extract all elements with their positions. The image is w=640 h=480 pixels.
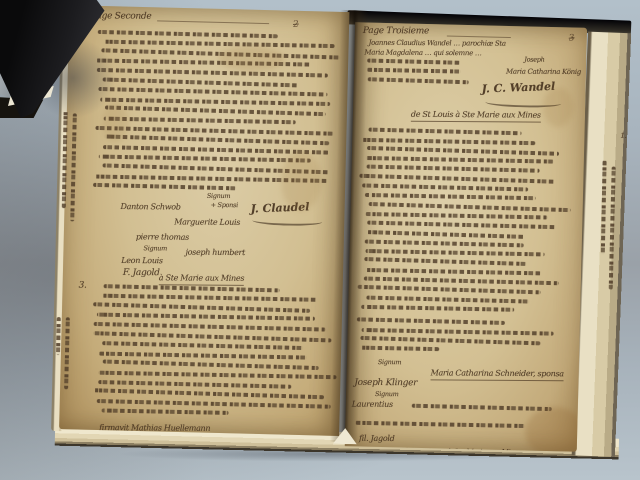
header-flourish (447, 35, 511, 38)
handwriting-line (102, 294, 317, 302)
handwriting-line (96, 313, 314, 321)
handwriting-line (98, 371, 336, 380)
left-margin-note-lower (61, 315, 77, 417)
signature-pierre-thomas: pierre thomas (136, 233, 189, 242)
handwriting-line (99, 380, 292, 389)
handwriting-line (358, 285, 541, 295)
handwriting-line (93, 331, 331, 342)
handwriting-line (65, 317, 71, 389)
handwriting-line (365, 193, 536, 200)
right-body-block-b (356, 122, 572, 313)
header-flourish (157, 20, 269, 24)
handwriting-line (101, 409, 228, 415)
handwriting-line (94, 322, 326, 332)
signature-klinger: Joseph Klinger (354, 379, 417, 389)
handwriting-line (369, 202, 571, 212)
handwriting-line (601, 161, 607, 255)
opening-line-1: Joannes Claudius Wandel … parochiæ Sta (369, 40, 506, 49)
handwriting-line (357, 318, 505, 326)
signature-flourish (252, 216, 322, 227)
archival-photo: Page Seconde 2 Signum + Sponsi Danton Sc… (0, 0, 640, 480)
signature-jagold: F. Jagold (123, 269, 160, 279)
handwriting-line (362, 328, 554, 336)
left-body-block-2 (90, 278, 337, 418)
signature-humbert: joseph humbert (185, 249, 245, 258)
handwriting-line (367, 165, 540, 173)
entry-number: 3. (79, 282, 87, 292)
handwriting-line (359, 346, 439, 352)
signature-leon-louis: Leon Louis (121, 257, 163, 266)
signum-label: Signum (375, 391, 398, 398)
signature-marguerite: Marguerite Louis (174, 218, 240, 227)
handwriting-line (355, 421, 525, 428)
handwriting-line (97, 399, 331, 409)
signature-jagold-fil: fil. Jagold (359, 435, 395, 444)
handwriting-line (93, 302, 310, 313)
handwriting-line (93, 183, 236, 190)
handwriting-line (102, 341, 303, 350)
handwriting-line (367, 77, 468, 84)
signature-joseph: Joseph (524, 57, 544, 64)
handwriting-line (104, 284, 280, 292)
handwriting-line (366, 156, 554, 164)
handwriting-line (92, 388, 324, 399)
signum-label: Signum (378, 359, 401, 366)
signature-wandel: J. C. Wandel (481, 81, 555, 96)
signum-label: Signum (207, 193, 230, 200)
right-page-number: 3 (568, 33, 575, 43)
open-register-book: Page Seconde 2 Signum + Sponsi Danton Sc… (46, 0, 640, 471)
handwriting-line (366, 212, 548, 219)
handwriting-line (102, 360, 318, 371)
handwriting-line (367, 68, 461, 74)
handwriting-line (56, 317, 61, 355)
handwriting-line (609, 167, 616, 289)
handwriting-line (99, 351, 307, 359)
signature-koenig: Maria Catharina König (506, 69, 581, 77)
handwriting-line (368, 146, 560, 156)
handwriting-line (360, 336, 540, 345)
foxing-stain (281, 150, 322, 211)
right-page: Page Troisieme 3 Joannes Claudius Wandel… (345, 22, 587, 452)
handwriting-line (365, 239, 524, 247)
handwriting-line (99, 87, 328, 97)
handwriting-line (367, 221, 557, 230)
handwriting-line (367, 58, 461, 64)
margin-entry-number: 1. (620, 133, 626, 141)
handwriting-line (364, 257, 526, 266)
handwriting-line (367, 230, 525, 239)
handwriting-line (365, 268, 541, 275)
handwriting-line (104, 117, 296, 125)
right-body-block-a (364, 52, 495, 84)
handwriting-line (100, 97, 330, 105)
right-body-block-c (355, 312, 562, 354)
handwriting-line (361, 305, 514, 312)
handwriting-line (366, 295, 530, 303)
handwriting-line (364, 277, 559, 286)
signum-label: Signum (144, 245, 167, 252)
handwriting-line (103, 40, 335, 48)
handwriting-line (99, 155, 311, 163)
sponsus-cross-mark: + Sponsi (211, 202, 238, 209)
signature-schneider: Maria Catharina Schneider, sponsa (431, 369, 564, 381)
right-page-header: Page Troisieme (363, 27, 429, 37)
handwriting-line (412, 404, 552, 411)
handwriting-line (362, 184, 528, 192)
handwriting-line (104, 135, 329, 146)
foxing-stain (543, 87, 574, 128)
parish-louis-line: de St Louis à Ste Marie aux Mines (411, 111, 541, 123)
handwriting-line (360, 174, 557, 184)
handwriting-line (361, 137, 536, 144)
handwriting-line (105, 106, 326, 117)
handwriting-line (369, 128, 522, 136)
handwriting-line (365, 249, 544, 256)
signature-schwob: Danton Schwob (121, 203, 181, 212)
